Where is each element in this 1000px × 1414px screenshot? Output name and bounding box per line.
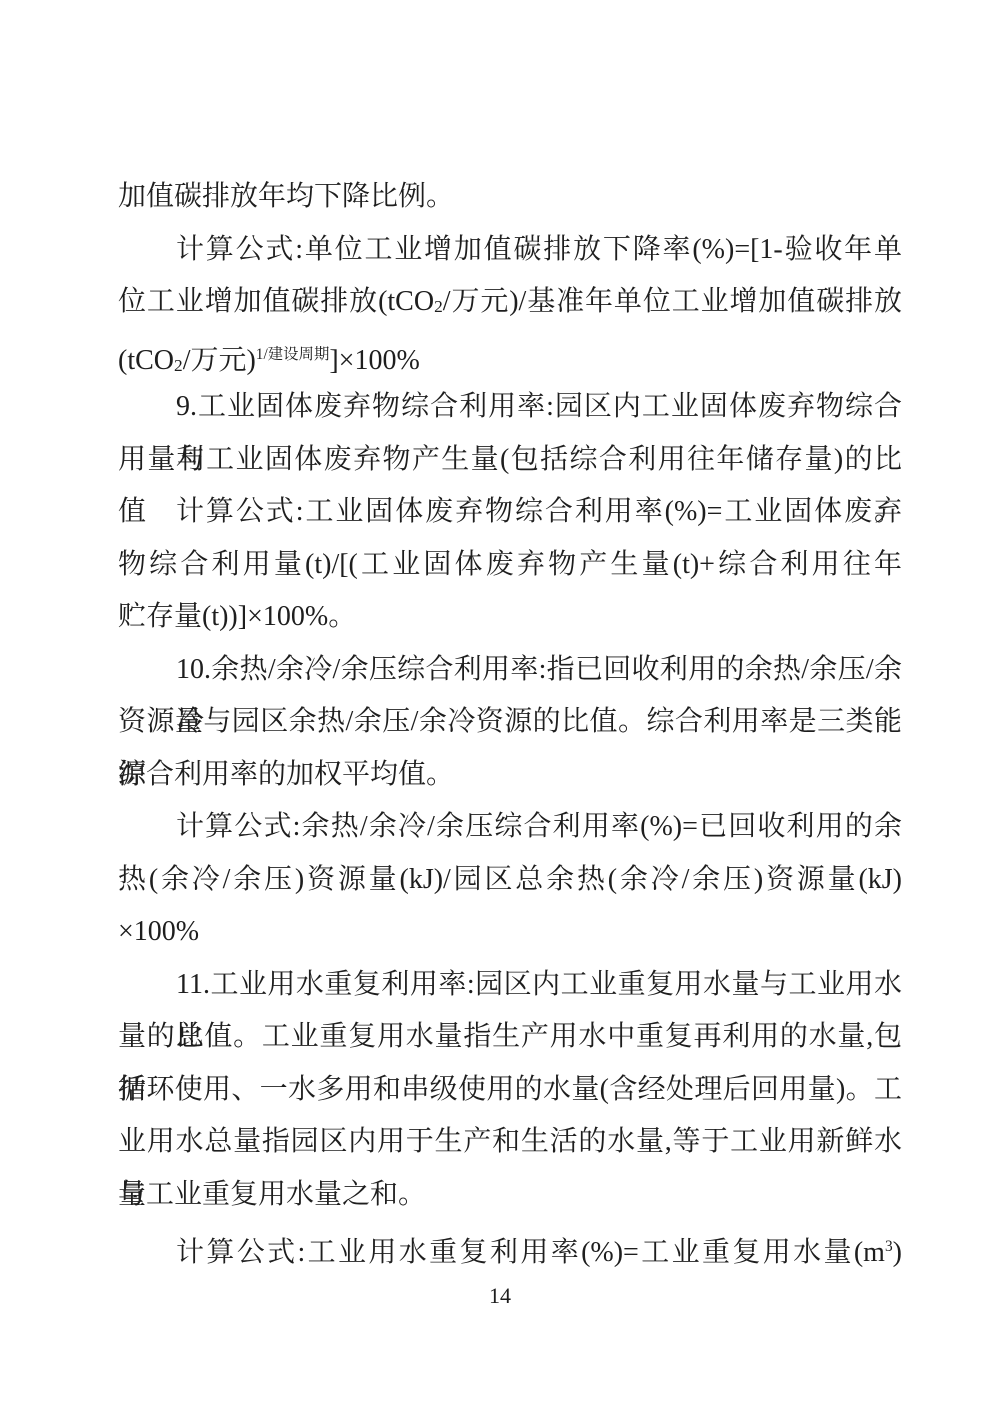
text-line: 9.工业固体废弃物综合利用率:园区内工业固体废弃物综合利	[118, 381, 902, 434]
text-sup: 1/建设周期	[256, 346, 330, 363]
text-line: 与工业重复用水量之和。	[118, 1169, 902, 1222]
text-line: 加值碳排放年均下降比例。	[118, 171, 902, 224]
text-sub: 2	[174, 356, 183, 375]
text-line: 循环使用、一水多用和串级使用的水量(含经处理后回用量)。工	[118, 1064, 902, 1117]
text-line: 综合利用率的加权平均值。	[118, 749, 902, 802]
text-run: )	[893, 1237, 902, 1268]
text-line: 贮存量(t))]×100%。	[118, 591, 902, 644]
text-line: (tCO2/万元)1/建设周期]×100%	[118, 329, 902, 382]
document-page: 加值碳排放年均下降比例。计算公式:单位工业增加值碳排放下降率(%)=[1-验收年…	[0, 0, 1000, 1414]
text-run: 计算公式:工业用水重复利用率(%)=工业重复用水量(m	[176, 1237, 885, 1268]
text-run: 计算公式:单位工业增加值碳排放下降率(%)=[1-验收年单	[176, 234, 902, 265]
text-sup: 3	[885, 1238, 893, 1255]
text-line: 计算公式:单位工业增加值碳排放下降率(%)=[1-验收年单	[118, 224, 902, 277]
text-run: 加值碳排放年均下降比例。	[118, 181, 454, 212]
text-run: 热(余冷/余压)资源量(kJ)/园区总余热(余冷/余压)资源量(kJ)	[118, 864, 902, 895]
text-run: 计算公式:工业固体废弃物综合利用率(%)=工业固体废弃	[176, 496, 902, 527]
text-line: 物综合利用量(t)/[(工业固体废弃物产生量(t)+综合利用往年	[118, 539, 902, 592]
text-run: /万元)/基准年单位工业增加值碳排放	[443, 286, 902, 317]
text-line: 计算公式:工业用水重复利用率(%)=工业重复用水量(m3)	[118, 1221, 902, 1274]
text-run: ×100%	[118, 916, 199, 947]
text-line: 业用水总量指园区内用于生产和生活的水量,等于工业用新鲜水量	[118, 1116, 902, 1169]
text-line: ×100%	[118, 906, 902, 959]
text-run: 贮存量(t))]×100%。	[118, 601, 356, 632]
text-line: 11.工业用水重复利用率:园区内工业重复用水量与工业用水总	[118, 959, 902, 1012]
text-line: 热(余冷/余压)资源量(kJ)/园区总余热(余冷/余压)资源量(kJ)	[118, 854, 902, 907]
text-line: 位工业增加值碳排放(tCO2/万元)/基准年单位工业增加值碳排放	[118, 276, 902, 329]
page-number: 14	[0, 1281, 1000, 1311]
text-run: 综合利用率的加权平均值。	[118, 759, 454, 790]
text-line: 量的比值。工业重复用水量指生产用水中重复再利用的水量,包括	[118, 1011, 902, 1064]
document-text: 加值碳排放年均下降比例。计算公式:单位工业增加值碳排放下降率(%)=[1-验收年…	[118, 171, 902, 1274]
text-run: 位工业增加值碳排放(tCO	[118, 286, 434, 317]
text-line: 资源量与园区余热/余压/余冷资源的比值。综合利用率是三类能源	[118, 696, 902, 749]
text-run: 循环使用、一水多用和串级使用的水量(含经处理后回用量)。工	[118, 1074, 902, 1105]
text-line: 计算公式:余热/余冷/余压综合利用率(%)=已回收利用的余	[118, 801, 902, 854]
text-run: ]×100%	[329, 345, 419, 376]
text-line: 用量与工业固体废弃物产生量(包括综合利用往年储存量)的比值。	[118, 434, 902, 487]
text-run: 与工业重复用水量之和。	[118, 1179, 426, 1210]
text-run: 物综合利用量(t)/[(工业固体废弃物产生量(t)+综合利用往年	[118, 549, 902, 580]
text-run: (tCO	[118, 345, 174, 376]
text-line: 计算公式:工业固体废弃物综合利用率(%)=工业固体废弃	[118, 486, 902, 539]
text-run: 计算公式:余热/余冷/余压综合利用率(%)=已回收利用的余	[176, 811, 902, 842]
text-line: 10.余热/余冷/余压综合利用率:指已回收利用的余热/余压/余冷	[118, 644, 902, 697]
text-sub: 2	[434, 297, 443, 316]
text-run: /万元)	[183, 345, 256, 376]
